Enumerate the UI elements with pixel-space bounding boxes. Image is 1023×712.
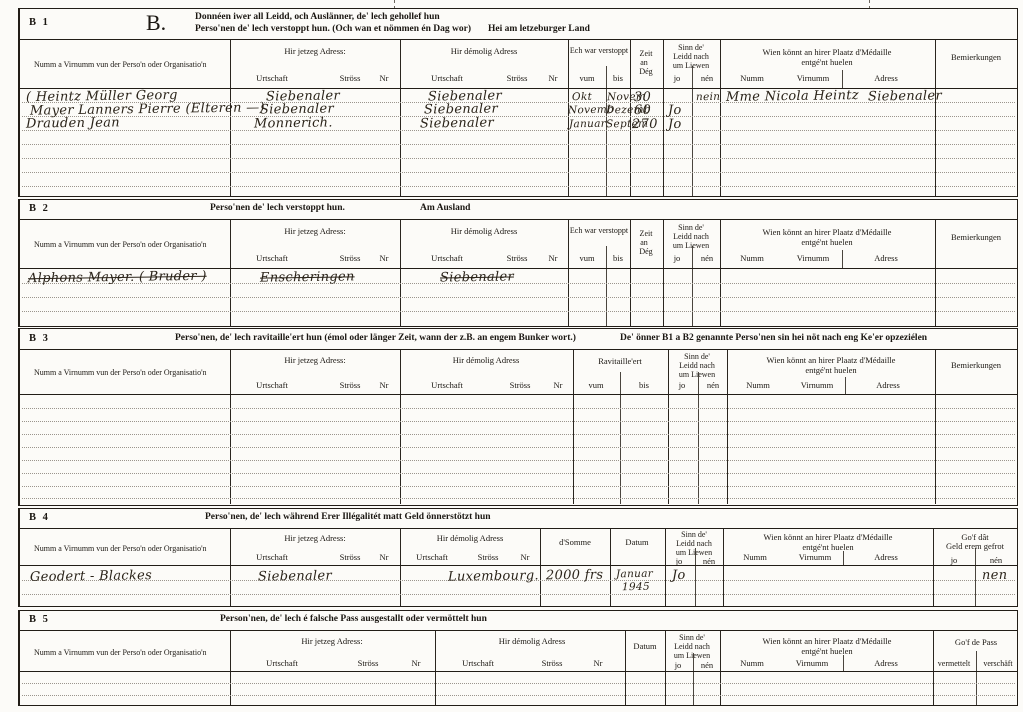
col-header-verstoppt: Ech war verstoppt	[570, 46, 628, 55]
subcol-adress: Adress	[876, 380, 900, 390]
col-header-medaille-2: entgé'nt huelen	[801, 57, 852, 67]
handwritten-entry-jetzeg: Monnerich.	[254, 115, 333, 131]
col-header-zeit-3: Dég	[639, 67, 652, 76]
subcol-verschaft: verschäft	[983, 659, 1012, 668]
col-header-bemierkungen: Bemierkungen	[951, 360, 1001, 370]
b3-title: Perso'nen, de' lech ravitaille'ert hun (…	[175, 333, 576, 343]
subcol-vum: vum	[588, 380, 603, 390]
subcol-nen: nén	[701, 660, 713, 670]
handwritten-entry-demolig: Siebenaler	[440, 269, 514, 285]
subcol-stross: Ströss	[340, 253, 361, 263]
b2-body: Alphons Mayer. ( Bruder ) Enscheringen S…	[20, 269, 1017, 326]
subcol-urtschaft: Urtschaft	[266, 658, 298, 668]
b3-header-row: Numm a Virnumm vun der Perso'n oder Orga…	[20, 350, 1017, 395]
b2-section-label: B 2	[29, 203, 50, 214]
col-header-sinn-2: Leidd nach	[679, 361, 715, 370]
col-header-demolig-adress: Hir démolig Adress	[437, 533, 504, 543]
col-header-name: Numm a Virnumm vun der Perso'n oder Orga…	[34, 544, 207, 553]
subcol-nr: Nr	[380, 73, 389, 83]
col-header-sinn-3: um Liewen	[673, 241, 709, 250]
handwritten-entry-somme: 2000 frs	[546, 568, 604, 584]
handwritten-entry-vum: Okt	[572, 91, 592, 103]
subcol-nen: nén	[701, 73, 713, 83]
subcol-virnumm: Virnumm	[796, 658, 829, 668]
subcol-nr: Nr	[412, 658, 421, 668]
subcol-nen: nén	[701, 253, 713, 263]
b5-title-row: B 5 Person'nen, de' lech é falsche Pass …	[20, 611, 1017, 631]
col-header-zeit-2: an	[640, 238, 648, 247]
col-header-medaille-1: Wien könnt an hirer Plaatz d'Médaille	[764, 532, 893, 542]
b3-title-row: B 3 Perso'nen, de' lech ravitaille'ert h…	[20, 329, 1017, 350]
subcol-numm: Numm	[740, 73, 764, 83]
subcol-nr: Nr	[380, 253, 389, 263]
col-header-medaille-2: entgé'nt huelen	[805, 365, 856, 375]
subcol-bis: bis	[613, 253, 623, 263]
subcol-numm: Numm	[743, 552, 767, 562]
subcol-urtschaft: Urtschaft	[462, 658, 494, 668]
col-header-demolig-adress: Hir démolig Adress	[453, 355, 520, 365]
col-header-sinn-1: Sinn de'	[678, 223, 704, 232]
b1-title-row: B 1 B. Donnéen iwer all Leidd, och Auslä…	[20, 9, 1017, 40]
col-header-somme: d'Somme	[559, 537, 591, 547]
col-header-sinn-2: Leidd nach	[673, 52, 709, 61]
subcol-stross: Ströss	[340, 380, 361, 390]
subcol-urtschaft: Urtschaft	[431, 380, 463, 390]
section-b3: B 3 Perso'nen, de' lech ravitaille'ert h…	[18, 328, 1018, 506]
col-header-bemierkungen: Bemierkungen	[951, 52, 1001, 62]
subcol-vum: vum	[579, 73, 594, 83]
subcol-stross: Ströss	[340, 552, 361, 562]
col-header-medaille-2: entgé'nt huelen	[802, 542, 853, 552]
subcol-stross: Ströss	[478, 552, 499, 562]
col-header-sinn-1: Sinn de'	[681, 530, 707, 539]
handwritten-entry-demolig: Siebenaler	[420, 115, 494, 131]
col-header-zeit-1: Zeit	[640, 49, 653, 58]
subcol-nen: nén	[707, 380, 719, 390]
subcol-nr: Nr	[594, 658, 603, 668]
col-header-jetzeg-adress: Hir jetzeg Adress:	[284, 46, 345, 56]
subcol-urtschaft: Urtschaft	[256, 253, 288, 263]
handwritten-entry-demolig: Luxembourg.	[448, 568, 539, 584]
col-header-sinn-1: Sinn de'	[684, 352, 710, 361]
handwritten-entry-name: Drauden Jean	[26, 115, 120, 131]
subcol-nr: Nr	[554, 380, 563, 390]
section-b1: B 1 B. Donnéen iwer all Leidd, och Auslä…	[18, 8, 1018, 197]
col-header-medaille-1: Wien könnt an hirer Plaatz d'Médaille	[763, 227, 892, 237]
subcol-stross: Ströss	[340, 73, 361, 83]
handwritten-entry-datum: Januar	[616, 568, 653, 581]
subcol-vermettelt: vermettelt	[938, 659, 970, 668]
subcol-nr: Nr	[549, 73, 558, 83]
col-header-datum: Datum	[633, 641, 656, 651]
handwritten-entry-jo: Jo	[668, 103, 682, 118]
col-header-sinn-3: um Liewen	[673, 61, 709, 70]
col-header-sinn-1: Sinn de'	[679, 633, 705, 642]
handwritten-entry-vum: Januar	[569, 118, 606, 131]
subcol-nr: Nr	[380, 380, 389, 390]
handwritten-entry-jetzeg: Enscheringen	[260, 269, 355, 285]
subcol-jo: jo	[676, 556, 683, 566]
col-header-medaille-1: Wien könnt an hirer Plaatz d'Médaille	[763, 47, 892, 57]
section-b4: B 4 Perso'nen, de' lech während Erer Ill…	[18, 508, 1018, 607]
subcol-adress: Adress	[874, 73, 898, 83]
handwritten-entry-jetzeg: Siebenaler	[258, 568, 332, 584]
col-header-sinn-2: Leidd nach	[676, 539, 712, 548]
form-letter-b: B.	[146, 10, 166, 36]
col-header-sinn-2: Leidd nach	[673, 232, 709, 241]
handwritten-entry-name: Geodert - Blackes	[30, 568, 152, 585]
handwritten-entry-jo: Jo	[668, 117, 682, 132]
b4-body: Geodert - Blackes Siebenaler Luxembourg.…	[20, 566, 1017, 606]
subcol-vum: vum	[579, 253, 594, 263]
subcol-nr: Nr	[549, 253, 558, 263]
col-header-jetzeg-adress: Hir jetzeg Adress:	[284, 355, 345, 365]
subcol-virnumm: Virnumm	[797, 253, 830, 263]
b3-body	[20, 395, 1017, 503]
subcol-virnumm: Virnumm	[801, 380, 834, 390]
col-header-jetzeg-adress: Hir jetzeg Adress:	[284, 533, 345, 543]
handwritten-entry-nen: nein	[696, 91, 720, 103]
b1-header-row: Numm a Virnumm vun der Perso'n oder Orga…	[20, 40, 1017, 89]
col-header-name: Numm a Virnumm vun der Perso'n oder Orga…	[34, 368, 207, 377]
b1-title-suffix: Hei am letzeburger Land	[488, 24, 590, 34]
col-header-ravitailleert: Ravitaille'ert	[598, 356, 642, 366]
subcol-bis: bis	[639, 380, 649, 390]
subcol-adress: Adress	[874, 552, 898, 562]
subcol-adress: Adress	[874, 658, 898, 668]
handwritten-entry-datum: 1945	[622, 581, 650, 593]
subcol-numm: Numm	[746, 380, 770, 390]
subcol-stross: Ströss	[542, 658, 563, 668]
b1-title-line1: Donnéen iwer all Leidd, och Auslänner, d…	[195, 12, 440, 22]
handwritten-entry-zeit: 60	[634, 103, 651, 118]
col-header-name: Numm a Virnumm vun der Perso'n oder Orga…	[34, 240, 207, 249]
subcol-urtschaft: Urtschaft	[256, 552, 288, 562]
b3-section-label: B 3	[29, 333, 50, 344]
subcol-urtschaft: Urtschaft	[256, 380, 288, 390]
handwritten-entry-medaille-adress: Siebenaler	[868, 88, 942, 104]
section-b2: B 2 Perso'nen de' lech verstoppt hun. Am…	[18, 199, 1018, 327]
b2-header-row: Numm a Virnumm vun der Perso'n oder Orga…	[20, 220, 1017, 269]
subcol-nen: nén	[990, 555, 1002, 565]
col-header-medaille-1: Wien könnt an hirer Plaatz d'Médaille	[767, 355, 896, 365]
col-header-demolig-adress: Hir démolig Adress	[499, 636, 566, 646]
subcol-jo: jo	[674, 73, 681, 83]
col-header-sinn-2: Leidd nach	[674, 642, 710, 651]
col-header-gof-geld-2: Geld erem gefrot	[946, 541, 1004, 551]
subcol-urtschaft: Urtschaft	[416, 552, 448, 562]
subcol-nen: nén	[703, 556, 715, 566]
b2-title: Perso'nen de' lech verstoppt hun.	[210, 203, 345, 213]
subcol-urtschaft: Urtschaft	[431, 73, 463, 83]
col-header-sinn-1: Sinn de'	[678, 43, 704, 52]
b4-title-row: B 4 Perso'nen, de' lech während Erer Ill…	[20, 509, 1017, 529]
col-header-zeit-2: an	[640, 58, 648, 67]
b4-title: Perso'nen, de' lech während Erer Illégal…	[205, 512, 491, 522]
subcol-jo: jo	[675, 660, 682, 670]
handwritten-entry-gof-nen: nen	[982, 568, 1008, 583]
subcol-jo: jo	[951, 555, 958, 565]
col-header-jetzeg-adress: Hir jetzeg Adress:	[301, 636, 362, 646]
b4-section-label: B 4	[29, 512, 50, 523]
col-header-bemierkungen: Bemierkungen	[951, 232, 1001, 242]
col-header-medaille-2: entgé'nt huelen	[801, 646, 852, 656]
col-header-demolig-adress: Hir démolig Adress	[451, 226, 518, 236]
b2-title-row: B 2 Perso'nen de' lech verstoppt hun. Am…	[20, 200, 1017, 220]
section-b5: B 5 Person'nen, de' lech é falsche Pass …	[18, 610, 1018, 706]
col-header-gof-pass: Go'f de Pass	[955, 637, 997, 647]
subcol-stross: Ströss	[507, 253, 528, 263]
col-header-medaille-2: entgé'nt huelen	[801, 237, 852, 247]
subcol-stross: Ströss	[358, 658, 379, 668]
b1-body: ( Heintz Müller Georg Mayer Lanners Pier…	[20, 89, 1017, 196]
subcol-bis: bis	[613, 73, 623, 83]
col-header-jetzeg-adress: Hir jetzeg Adress:	[284, 226, 345, 236]
subcol-numm: Numm	[740, 658, 764, 668]
subcol-stross: Ströss	[507, 73, 528, 83]
subcol-urtschaft: Urtschaft	[431, 253, 463, 263]
b1-title-line2: Perso'nen de' lech verstoppt hun. (Och w…	[195, 24, 471, 34]
subcol-urtschaft: Urtschaft	[256, 73, 288, 83]
subcol-nr: Nr	[380, 552, 389, 562]
b2-subtitle: Am Ausland	[420, 203, 470, 213]
subcol-jo: jo	[674, 253, 681, 263]
b4-header-row: Numm a Virnumm vun der Perso'n oder Orga…	[20, 529, 1017, 566]
b1-section-label: B 1	[29, 17, 50, 28]
col-header-zeit-3: Dég	[639, 247, 652, 256]
scanned-form-page: B 1 B. Donnéen iwer all Leidd, och Auslä…	[0, 0, 1023, 712]
col-header-demolig-adress: Hir démolig Adress	[451, 46, 518, 56]
b5-section-label: B 5	[29, 614, 50, 625]
subcol-stross: Ströss	[510, 380, 531, 390]
col-header-name: Numm a Virnumm vun der Perso'n oder Orga…	[34, 648, 207, 657]
col-header-datum: Datum	[625, 537, 648, 547]
handwritten-entry-jo: Jo	[672, 568, 686, 583]
col-header-medaille-1: Wien könnt an hirer Plaatz d'Médaille	[763, 636, 892, 646]
col-header-zeit-1: Zeit	[640, 229, 653, 238]
col-header-name: Numm a Virnumm vun der Perso'n oder Orga…	[34, 60, 207, 69]
subcol-nr: Nr	[521, 552, 530, 562]
b5-title: Person'nen, de' lech é falsche Pass ausg…	[220, 614, 487, 624]
subcol-jo: jo	[679, 380, 686, 390]
b5-header-row: Numm a Virnumm vun der Perso'n oder Orga…	[20, 631, 1017, 672]
handwritten-entry-medaille-name: Mme Nicola Heintz	[726, 88, 859, 105]
subcol-numm: Numm	[740, 253, 764, 263]
b3-subtitle: De' önner B1 a B2 genannte Perso'nen sin…	[620, 333, 927, 343]
b5-body	[20, 672, 1017, 705]
subcol-virnumm: Virnumm	[797, 73, 830, 83]
col-header-sinn-3: um Liewen	[674, 651, 710, 660]
subcol-virnumm: Virnumm	[799, 552, 832, 562]
subcol-adress: Adress	[874, 253, 898, 263]
handwritten-entry-zeit: 270	[632, 117, 658, 132]
handwritten-entry-name: Alphons Mayer. ( Bruder )	[28, 269, 207, 286]
col-header-verstoppt: Ech war verstoppt	[570, 226, 628, 235]
col-header-sinn-3: um Liewen	[679, 370, 715, 379]
